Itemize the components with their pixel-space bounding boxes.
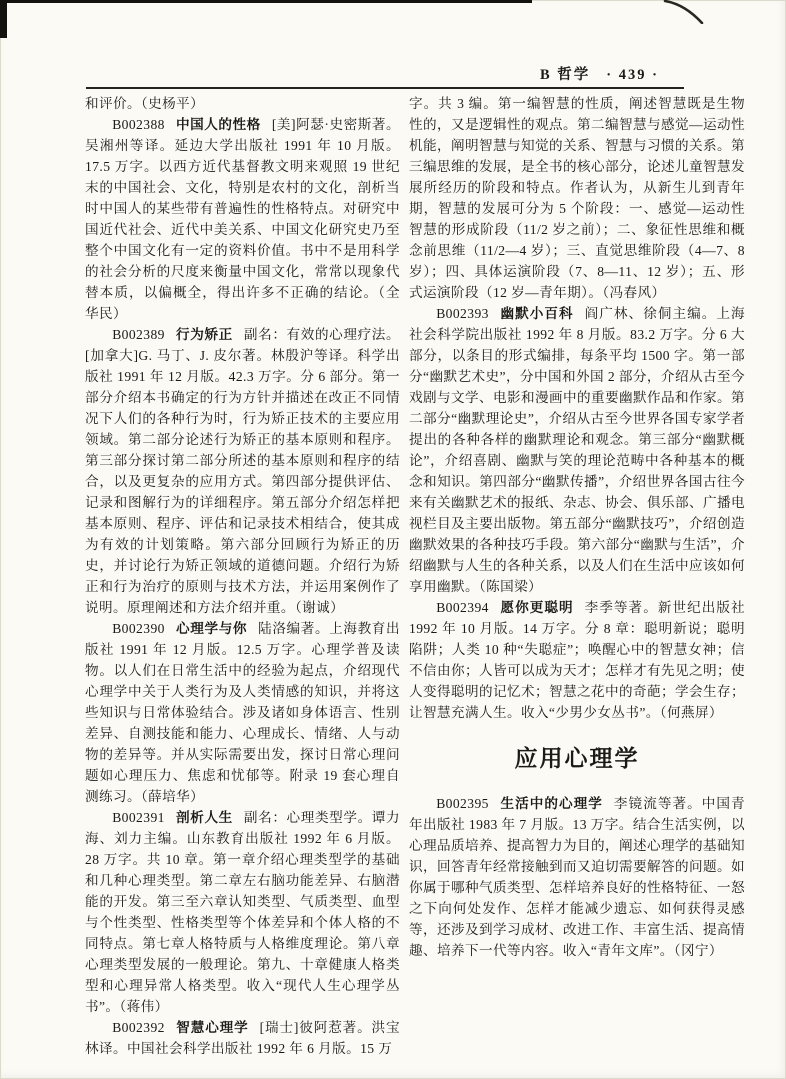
entry-text: 李季等著。新世纪出版社 1992 年 10 月版。14 万字。分 8 章：聪明新… (409, 600, 745, 720)
catalog-entry-b002390: B002390心理学与你陆洛编著。上海教育出版社 1991 年 12 月版。12… (85, 618, 400, 807)
catalog-entry-b002391: B002391剖析人生副名：心理类型学。谭力海、刘力主编。山东教育出版社 199… (85, 807, 400, 1017)
entry-id: B002390 (112, 621, 176, 636)
catalog-entry-b002388: B002388中国人的性格[美]阿瑟·史密斯著。吴湘州等译。延边大学出版社 19… (85, 114, 400, 324)
scanned-page: B 哲学 · 439 · 和评价。（史杨平） B002388中国人的性格[美]阿… (0, 0, 786, 1079)
header-page-number: · 439 · (606, 67, 659, 84)
catalog-entry-b002392: B002392智慧心理学[瑞士]彼阿惹著。洪宝林译。中国社会科学出版社 1992… (85, 1017, 400, 1059)
entry-id: B002388 (112, 117, 176, 132)
entry-text: 阎广林、徐侗主编。上海社会科学院出版社 1992 年 8 月版。83.2 万字。… (409, 306, 745, 594)
scan-artifact-corner-mark (0, 0, 7, 38)
entry-text: 副名：有效的心理疗法。[加拿大]G. 马丁、J. 皮尔著。林殷沪等译。科学出版社… (85, 327, 400, 615)
page-header: B 哲学 · 439 · (540, 63, 740, 84)
entry-title: 愿你更聪明 (500, 600, 585, 615)
entry-text: 陆洛编著。上海教育出版社 1991 年 12 月版。12.5 万字。心理学普及读… (85, 621, 400, 804)
entry-title: 行为矫正 (176, 327, 244, 342)
continuation-paragraph: 字。共 3 编。第一编智慧的性质，阐述智慧既是生物性的，又是逻辑性的观点。第二编… (409, 93, 745, 303)
entry-id: B002391 (112, 810, 176, 825)
continuation-paragraph: 和评价。（史杨平） (85, 93, 400, 114)
catalog-entry-b002389: B002389行为矫正副名：有效的心理疗法。[加拿大]G. 马丁、J. 皮尔著。… (85, 324, 400, 618)
scan-artifact-pen-stroke (662, 0, 706, 24)
entry-title: 智慧心理学 (176, 1020, 260, 1035)
entry-id: B002389 (112, 327, 176, 342)
catalog-entry-b002394: B002394愿你更聪明李季等著。新世纪出版社 1992 年 10 月版。14 … (409, 597, 745, 723)
entry-text: 和评价。（史杨平） (85, 96, 204, 111)
entry-text: 李镜流等著。中国青年出版社 1983 年 7 月版。13 万字。结合生活实例，以… (409, 796, 745, 958)
section-heading-applied-psychology: 应用心理学 (409, 745, 745, 773)
right-column: 字。共 3 编。第一编智慧的性质，阐述智慧既是生物性的，又是逻辑性的观点。第二编… (409, 93, 745, 961)
entry-id: B002395 (436, 796, 500, 811)
entry-title: 中国人的性格 (176, 117, 272, 132)
entry-title: 幽默小百科 (500, 306, 585, 321)
entry-id: B002394 (436, 600, 500, 615)
header-rule (86, 87, 684, 89)
entry-title: 剖析人生 (176, 810, 244, 825)
entry-title: 心理学与你 (176, 621, 258, 636)
left-column: 和评价。（史杨平） B002388中国人的性格[美]阿瑟·史密斯著。吴湘州等译。… (85, 93, 400, 1059)
catalog-entry-b002395: B002395生活中的心理学李镜流等著。中国青年出版社 1983 年 7 月版。… (409, 793, 745, 961)
header-section-label: B 哲学 (540, 63, 590, 84)
entry-id: B002392 (112, 1020, 176, 1035)
entry-id: B002393 (436, 306, 500, 321)
entry-text: 字。共 3 编。第一编智慧的性质，阐述智慧既是生物性的，又是逻辑性的观点。第二编… (409, 96, 745, 300)
entry-text: 副名：心理类型学。谭力海、刘力主编。山东教育出版社 1992 年 6 月版。28… (85, 810, 400, 1014)
entry-title: 生活中的心理学 (500, 796, 614, 811)
catalog-entry-b002393: B002393幽默小百科阎广林、徐侗主编。上海社会科学院出版社 1992 年 8… (409, 303, 745, 597)
scan-artifact-top-edge (0, 0, 532, 3)
entry-text: [美]阿瑟·史密斯著。吴湘州等译。延边大学出版社 1991 年 10 月版。17… (85, 117, 400, 321)
